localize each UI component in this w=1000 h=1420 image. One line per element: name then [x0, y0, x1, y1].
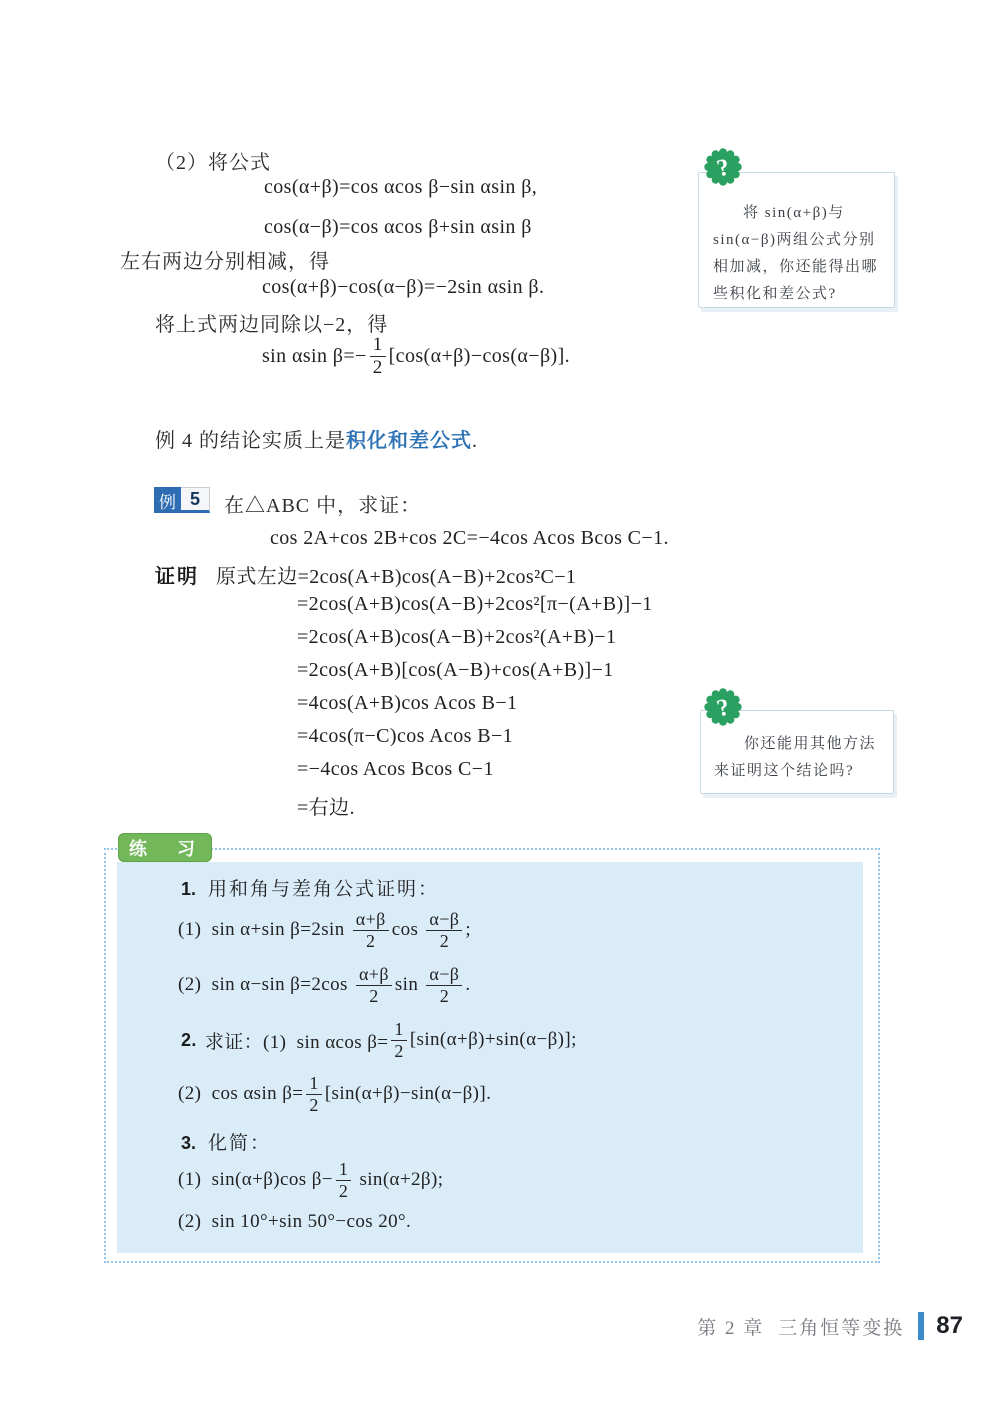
example5-display-formula: cos 2A+cos 2B+cos 2C=−4cos Acos Bcos C−1…: [270, 527, 669, 550]
product-to-sum-result: sin αsin β=− 1 2 [cos(α+β)−cos(α−β)].: [262, 334, 570, 378]
example4-note: 例 4 的结论实质上是积化和差公式.: [155, 424, 478, 453]
practice-formula-2-2: (2) cos αsin β= 12 [sin(α+β)−sin(α−β)].: [178, 1072, 491, 1116]
formula-text: [cos(α+β)−cos(α−β)].: [389, 345, 570, 368]
question-badge-icon: ?: [702, 686, 744, 728]
example-badge-label: 例: [154, 487, 181, 513]
fraction-numerator: α−β: [426, 909, 462, 930]
fraction-numerator: α+β: [356, 964, 392, 985]
note-text: .: [472, 430, 478, 452]
divide-sentence: 将上式两边同除以−2，得: [155, 308, 388, 337]
fraction-numerator: 1: [336, 1159, 351, 1180]
formula-text: [sin(α+β)−sin(α−β)].: [325, 1083, 491, 1105]
fraction-denominator: 2: [370, 357, 386, 378]
fraction-denominator: 2: [391, 1041, 406, 1061]
practice-tab: 练 习: [118, 833, 212, 862]
formula-text: (1) sin(α+β)cos β−: [178, 1169, 333, 1191]
page-footer: 第 2 章 三角恒等变换 87: [697, 1312, 963, 1340]
formula-text: (1) sin α+sin β=2sin: [178, 919, 350, 941]
practice-formula-2-1: 2. 求证：(1) sin αcos β= 12 [sin(α+β)+sin(α…: [181, 1018, 577, 1062]
example-badge-number: 5: [181, 487, 210, 513]
proof-line: =右边.: [297, 791, 355, 820]
formula-text: (2) sin α−sin β=2cos: [178, 974, 353, 996]
item-number: 2.: [181, 1030, 197, 1051]
fraction-one-half: 12: [336, 1159, 351, 1200]
footer-chapter: 第 2 章: [697, 1313, 764, 1340]
fraction-denominator: 2: [306, 1095, 321, 1115]
fraction: α+β2: [356, 964, 392, 1005]
item-heading: 化简：: [208, 1133, 271, 1154]
fraction-numerator: 1: [370, 334, 386, 356]
formula-text: ;: [465, 919, 471, 941]
fraction-numerator: α+β: [353, 909, 389, 930]
proof-label: 证明: [155, 560, 199, 589]
formula-text: sin(α+2β);: [354, 1169, 443, 1191]
fraction-one-half: 12: [391, 1019, 406, 1060]
formula-text: [sin(α+β)+sin(α−β)];: [410, 1029, 577, 1051]
question-text: 将 sin(α+β)与 sin(α−β)两组公式分别相加减，你还能得出哪些积化和…: [713, 200, 881, 308]
fraction-one-half: 12: [306, 1073, 321, 1114]
proof-line: =4cos(A+B)cos Acos B−1: [297, 692, 517, 715]
formula-text: 求证：(1) sin αcos β=: [205, 1027, 389, 1054]
question-badge-icon: ?: [702, 146, 744, 188]
practice-item3-heading: 3. 化简：: [181, 1128, 271, 1155]
fraction: α−β2: [426, 909, 462, 950]
item-number: 3.: [181, 1133, 196, 1153]
practice-item1-heading: 1. 用和角与差角公式证明：: [181, 874, 439, 901]
practice-formula-3-1: (1) sin(α+β)cos β− 12 sin(α+2β);: [178, 1158, 443, 1202]
subtract-sentence: 左右两边分别相减，得: [120, 245, 330, 274]
note-text: 例 4 的结论实质上是: [155, 430, 346, 452]
formula-cos-diff: cos(α−β)=cos αcos β+sin αsin β: [264, 216, 532, 239]
proof-line: =4cos(π−C)cos Acos B−1: [297, 725, 513, 748]
fraction-numerator: 1: [306, 1073, 321, 1094]
note-highlight: 积化和差公式: [346, 430, 472, 452]
fraction-denominator: 2: [437, 931, 452, 951]
proof-line: =2cos(A+B)[cos(A−B)+cos(A+B)]−1: [297, 659, 614, 682]
page-number: 87: [936, 1312, 963, 1340]
question-text: 你还能用其他方法来证明这个结论吗?: [714, 731, 880, 785]
textbook-page: （2）将公式 cos(α+β)=cos αcos β−sin αsin β, c…: [0, 0, 1000, 1420]
fraction: α+β2: [353, 909, 389, 950]
practice-formula-1-2: (2) sin α−sin β=2cos α+β2 sin α−β2 .: [178, 961, 471, 1009]
step2-label: （2）将公式: [155, 146, 271, 175]
fraction-numerator: 1: [391, 1019, 406, 1040]
fraction-denominator: 2: [437, 986, 452, 1006]
fraction-denominator: 2: [336, 1181, 351, 1201]
proof-line: =−4cos Acos Bcos C−1: [297, 758, 494, 781]
example5-intro: 在△ABC 中，求证：: [224, 489, 421, 518]
proof-line: =2cos(A+B)cos(A−B)+2cos²[π−(A+B)]−1: [297, 593, 653, 616]
formula-text: sin αsin β=−: [262, 345, 367, 368]
formula-cos-sum: cos(α+β)=cos αcos β−sin αsin β,: [264, 176, 537, 199]
formula-text: (2) cos αsin β=: [178, 1083, 303, 1105]
formula-text: cos: [392, 919, 424, 941]
proof-line: =2cos(A+B)cos(A−B)+2cos²(A+B)−1: [297, 626, 616, 649]
fraction-one-half: 1 2: [370, 334, 386, 378]
formula-subtracted: cos(α+β)−cos(α−β)=−2sin αsin β.: [262, 276, 544, 299]
formula-text: sin: [395, 974, 424, 996]
footer-book-title: 三角恒等变换: [778, 1313, 904, 1340]
fraction-numerator: α−β: [426, 964, 462, 985]
practice-formula-3-2: (2) sin 10°+sin 50°−cos 20°.: [178, 1211, 411, 1233]
proof-line: 原式左边=2cos(A+B)cos(A−B)+2cos²C−1: [216, 560, 576, 589]
fraction-denominator: 2: [366, 986, 381, 1006]
item-number: 1.: [181, 879, 196, 899]
margin-question-box-1: 将 sin(α+β)与 sin(α−β)两组公式分别相加减，你还能得出哪些积化和…: [698, 172, 895, 308]
fraction: α−β2: [426, 964, 462, 1005]
fraction-denominator: 2: [363, 931, 378, 951]
item-heading: 用和角与差角公式证明：: [208, 879, 439, 900]
footer-divider-bar: [918, 1312, 924, 1340]
practice-formula-1-1: (1) sin α+sin β=2sin α+β2 cos α−β2 ;: [178, 906, 471, 954]
example5-badge: 例 5: [154, 487, 210, 513]
formula-text: .: [465, 974, 470, 996]
